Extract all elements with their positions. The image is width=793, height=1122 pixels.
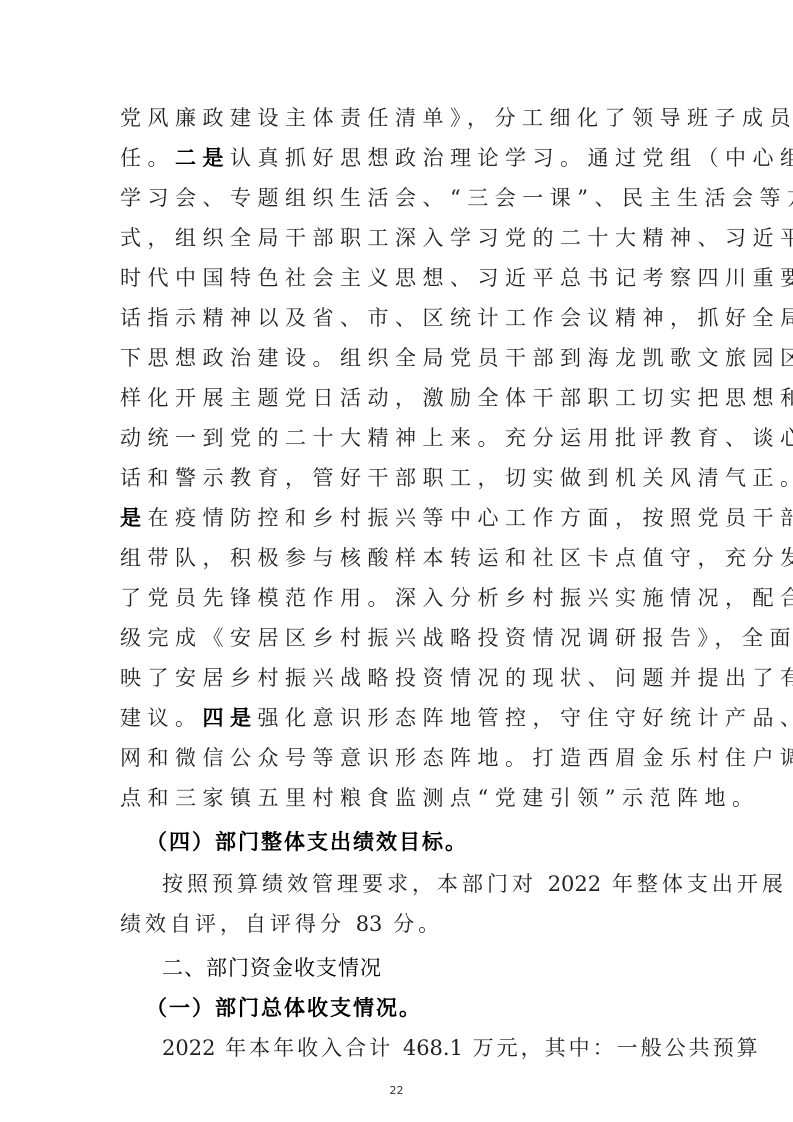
paragraph-line: 话和警示教育，管好干部职工，切实做到机关风清气正。三 (120, 464, 676, 492)
paragraph-line: 学习会、专题组织生活会、“三会一课”、民主生活会等方 (120, 184, 676, 212)
paragraph-line: 任。二是认真抓好思想政治理论学习。通过党组（中心组） (120, 144, 676, 172)
income-amount: 468.1 (403, 1036, 463, 1060)
section-heading-2: 二、部门资金收支情况 (162, 954, 382, 982)
paragraph-line: 点和三家镇五里村粮食监测点“党建引领”示范阵地。 (120, 784, 676, 812)
income-year: 2022 (162, 1036, 215, 1060)
bold-marker: 二是 (175, 145, 230, 170)
document-page: 党风廉政建设主体责任清单》，分工细化了领导班子成员责 任。二是认真抓好思想政治理… (0, 0, 793, 1122)
paragraph-line: 映了安居乡村振兴战略投资情况的现状、问题并提出了有效 (120, 664, 676, 692)
paragraph-line: 组带队，积极参与核酸样本转运和社区卡点值守，充分发挥 (120, 544, 676, 572)
paragraph-line: 时代中国特色社会主义思想、习近平总书记考察四川重要讲 (120, 264, 676, 292)
performance-paragraph-line: 按照预算绩效管理要求，本部门对 2022 年整体支出开展 (162, 870, 676, 898)
paragraph-line: 建议。四是强化意识形态阵地管控，守住守好统计产品、内 (120, 704, 676, 732)
bold-marker: 四是 (203, 705, 258, 730)
paragraph-line: 动统一到党的二十大精神上来。充分运用批评教育、谈心谈 (120, 424, 676, 452)
subsection-heading-2-1: （一）部门总体收支情况。 (146, 994, 422, 1022)
paragraph-line: 是在疫情防控和乡村振兴等中心工作方面，按照党员干部分 (120, 504, 676, 532)
paragraph-line: 下思想政治建设。组织全局党员干部到海龙凯歌文旅园区多 (120, 344, 676, 372)
bold-marker: 是 (120, 505, 148, 530)
paragraph-line: 话指示精神以及省、市、区统计工作会议精神，抓好全局上 (120, 304, 676, 332)
performance-paragraph-line: 绩效自评，自评得分 83 分。 (120, 910, 676, 938)
section-heading-4: （四）部门整体支出绩效目标。 (146, 828, 468, 856)
page-number: 22 (0, 1084, 793, 1097)
paragraph-line: 了党员先锋模范作用。深入分析乡村振兴实施情况，配合市 (120, 584, 676, 612)
paragraph-line: 式，组织全局干部职工深入学习党的二十大精神、习近平新 (120, 224, 676, 252)
paragraph-line: 党风廉政建设主体责任清单》，分工细化了领导班子成员责 (120, 104, 676, 132)
paragraph-line: 级完成《安居区乡村振兴战略投资情况调研报告》，全面反 (120, 624, 676, 652)
score-value: 83 (356, 912, 383, 936)
paragraph-line: 网和微信公众号等意识形态阵地。打造西眉金乐村住户调查 (120, 744, 676, 772)
income-paragraph-line: 2022 年本年收入合计 468.1 万元，其中：一般公共预算 (162, 1034, 676, 1062)
paragraph-line: 样化开展主题党日活动，激励全体干部职工切实把思想和行 (120, 384, 676, 412)
year-value: 2022 (548, 872, 601, 896)
